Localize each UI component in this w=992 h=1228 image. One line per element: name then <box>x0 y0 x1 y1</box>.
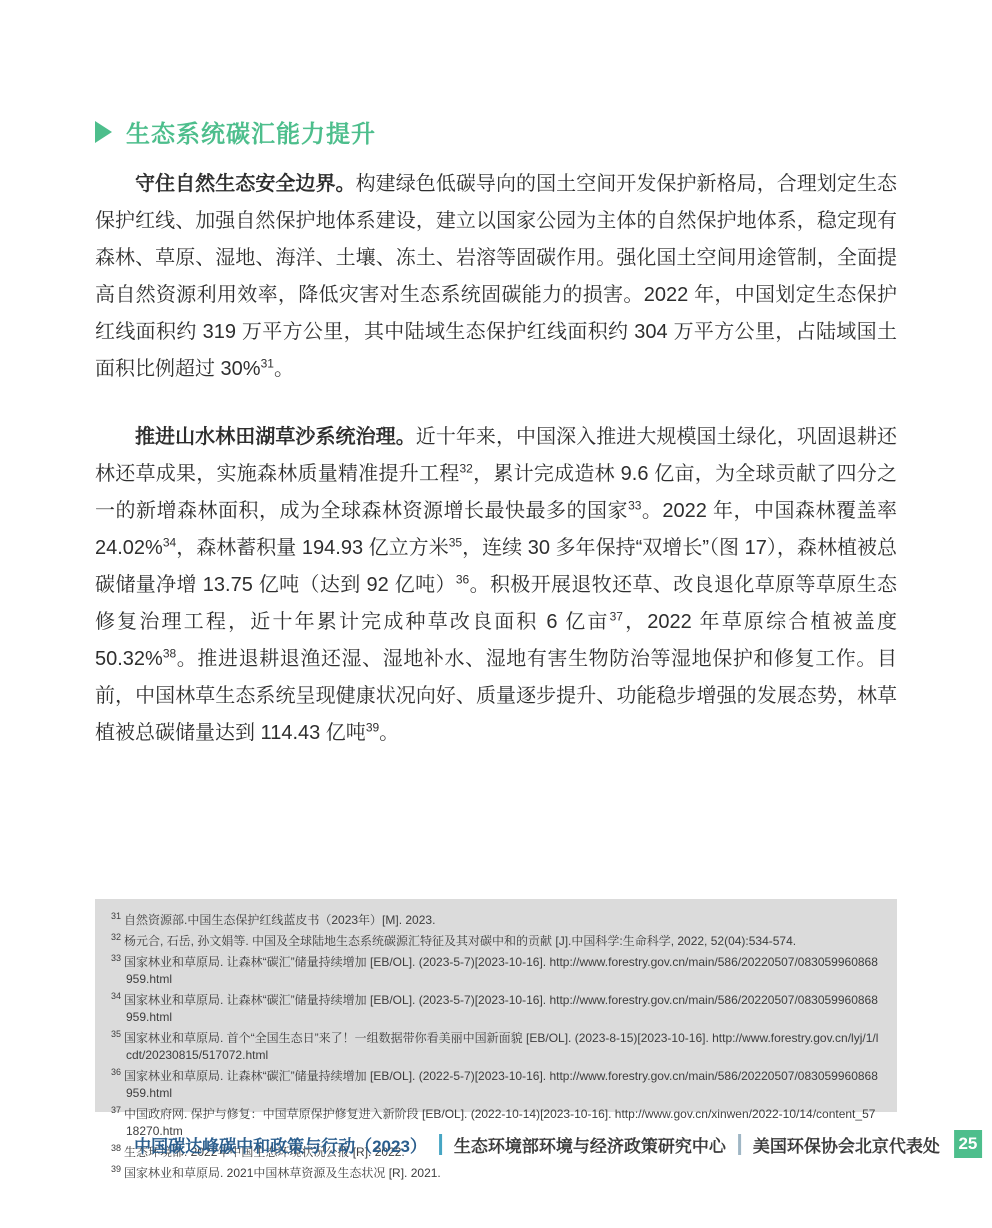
body-paragraph: 推进山水林田湖草沙系统治理。近十年来，中国深入推进大规模国土绿化，巩固退耕还林还… <box>95 419 897 752</box>
paragraph-text: 。 <box>274 358 294 380</box>
footnote-item: 32杨元合, 石岳, 孙文娟等. 中国及全球陆地生态系统碳源汇特征及其对碳中和的… <box>111 933 881 950</box>
footnote-item: 33国家林业和草原局. 让森林“碳汇”储量持续增加 [EB/OL]. (2023… <box>111 954 881 988</box>
paragraph-lead-text: 守住自然生态安全边界。 <box>135 173 356 195</box>
footnote-number: 34 <box>111 991 121 1001</box>
footnotes-box: 31自然资源部.中国生态保护红线蓝皮书（2023年）[M]. 2023.32杨元… <box>95 899 897 1112</box>
document-page: 生态系统碳汇能力提升 守住自然生态安全边界。构建绿色低碳导向的国土空间开发保护新… <box>0 0 992 1228</box>
footnote-number: 32 <box>111 932 121 942</box>
footnote-number: 37 <box>111 1105 121 1115</box>
footnote-reference: 35 <box>449 535 462 549</box>
paragraph-text: 。推进退耕退渔还湿、湿地补水、湿地有害生物防治等湿地保护和修复工作。目前，中国林… <box>95 648 897 744</box>
footnote-text: 国家林业和草原局. 首个“全国生态日”来了！一组数据带你看美丽中国新面貌 [EB… <box>124 1031 878 1062</box>
footnote-reference: 37 <box>610 609 623 623</box>
footnote-item: 31自然资源部.中国生态保护红线蓝皮书（2023年）[M]. 2023. <box>111 912 881 929</box>
footnote-text: 自然资源部.中国生态保护红线蓝皮书（2023年）[M]. 2023. <box>124 913 435 927</box>
page-number-badge: 25 <box>954 1130 982 1158</box>
footnote-number: 38 <box>111 1143 121 1153</box>
footnote-item: 36国家林业和草原局. 让森林“碳汇”储量持续增加 [EB/OL]. (2022… <box>111 1068 881 1102</box>
footer-separator <box>439 1134 442 1155</box>
footnote-number: 31 <box>111 911 121 921</box>
footer-report-title: 中国碳达峰碳中和政策与行动（2023） <box>134 1132 427 1157</box>
footnote-reference: 36 <box>456 572 469 586</box>
footer-org-center: 生态环境部环境与经济政策研究中心 <box>454 1132 726 1157</box>
footnote-text: 杨元合, 石岳, 孙文娟等. 中国及全球陆地生态系统碳源汇特征及其对碳中和的贡献… <box>124 934 796 948</box>
paragraph-text: ，森林蓄积量 194.93 亿立方米 <box>176 537 449 559</box>
footnote-reference: 32 <box>460 461 473 475</box>
footnote-number: 36 <box>111 1067 121 1077</box>
footnote-reference: 34 <box>163 535 176 549</box>
footnote-reference: 38 <box>163 646 176 660</box>
footnote-text: 国家林业和草原局. 让森林“碳汇”储量持续增加 [EB/OL]. (2023-5… <box>124 993 878 1024</box>
page-content: 生态系统碳汇能力提升 守住自然生态安全边界。构建绿色低碳导向的国土空间开发保护新… <box>95 114 897 752</box>
footnote-item: 34国家林业和草原局. 让森林“碳汇”储量持续增加 [EB/OL]. (2023… <box>111 992 881 1026</box>
footnote-reference: 33 <box>628 498 641 512</box>
body-text: 守住自然生态安全边界。构建绿色低碳导向的国土空间开发保护新格局，合理划定生态保护… <box>95 166 897 752</box>
section-title: 生态系统碳汇能力提升 <box>126 114 376 149</box>
footnote-number: 39 <box>111 1164 121 1174</box>
footnote-number: 33 <box>111 953 121 963</box>
footnote-item: 35国家林业和草原局. 首个“全国生态日”来了！一组数据带你看美丽中国新面貌 [… <box>111 1030 881 1064</box>
footer-org-right: 美国环保协会北京代表处 <box>753 1132 940 1157</box>
footnote-reference: 31 <box>261 356 274 370</box>
body-paragraph: 守住自然生态安全边界。构建绿色低碳导向的国土空间开发保护新格局，合理划定生态保护… <box>95 166 897 388</box>
paragraph-text: 构建绿色低碳导向的国土空间开发保护新格局，合理划定生态保护红线、加强自然保护地体… <box>95 173 897 380</box>
paragraph-lead-text: 推进山水林田湖草沙系统治理。 <box>135 426 416 448</box>
footer-separator <box>738 1134 741 1155</box>
footnote-text: 国家林业和草原局. 让森林“碳汇”储量持续增加 [EB/OL]. (2023-5… <box>124 955 878 986</box>
footnote-text: 国家林业和草原局. 让森林“碳汇”储量持续增加 [EB/OL]. (2022-5… <box>124 1069 878 1100</box>
footnote-number: 35 <box>111 1029 121 1039</box>
section-heading: 生态系统碳汇能力提升 <box>95 114 897 149</box>
page-footer: 中国碳达峰碳中和政策与行动（2023） 生态环境部环境与经济政策研究中心 美国环… <box>134 1130 982 1158</box>
footnote-text: 国家林业和草原局. 2021中国林草资源及生态状况 [R]. 2021. <box>124 1166 441 1180</box>
footnote-item: 39国家林业和草原局. 2021中国林草资源及生态状况 [R]. 2021. <box>111 1165 881 1182</box>
triangle-bullet-icon <box>95 121 112 143</box>
footnote-reference: 39 <box>366 720 379 734</box>
paragraph-text: 。 <box>379 722 399 744</box>
